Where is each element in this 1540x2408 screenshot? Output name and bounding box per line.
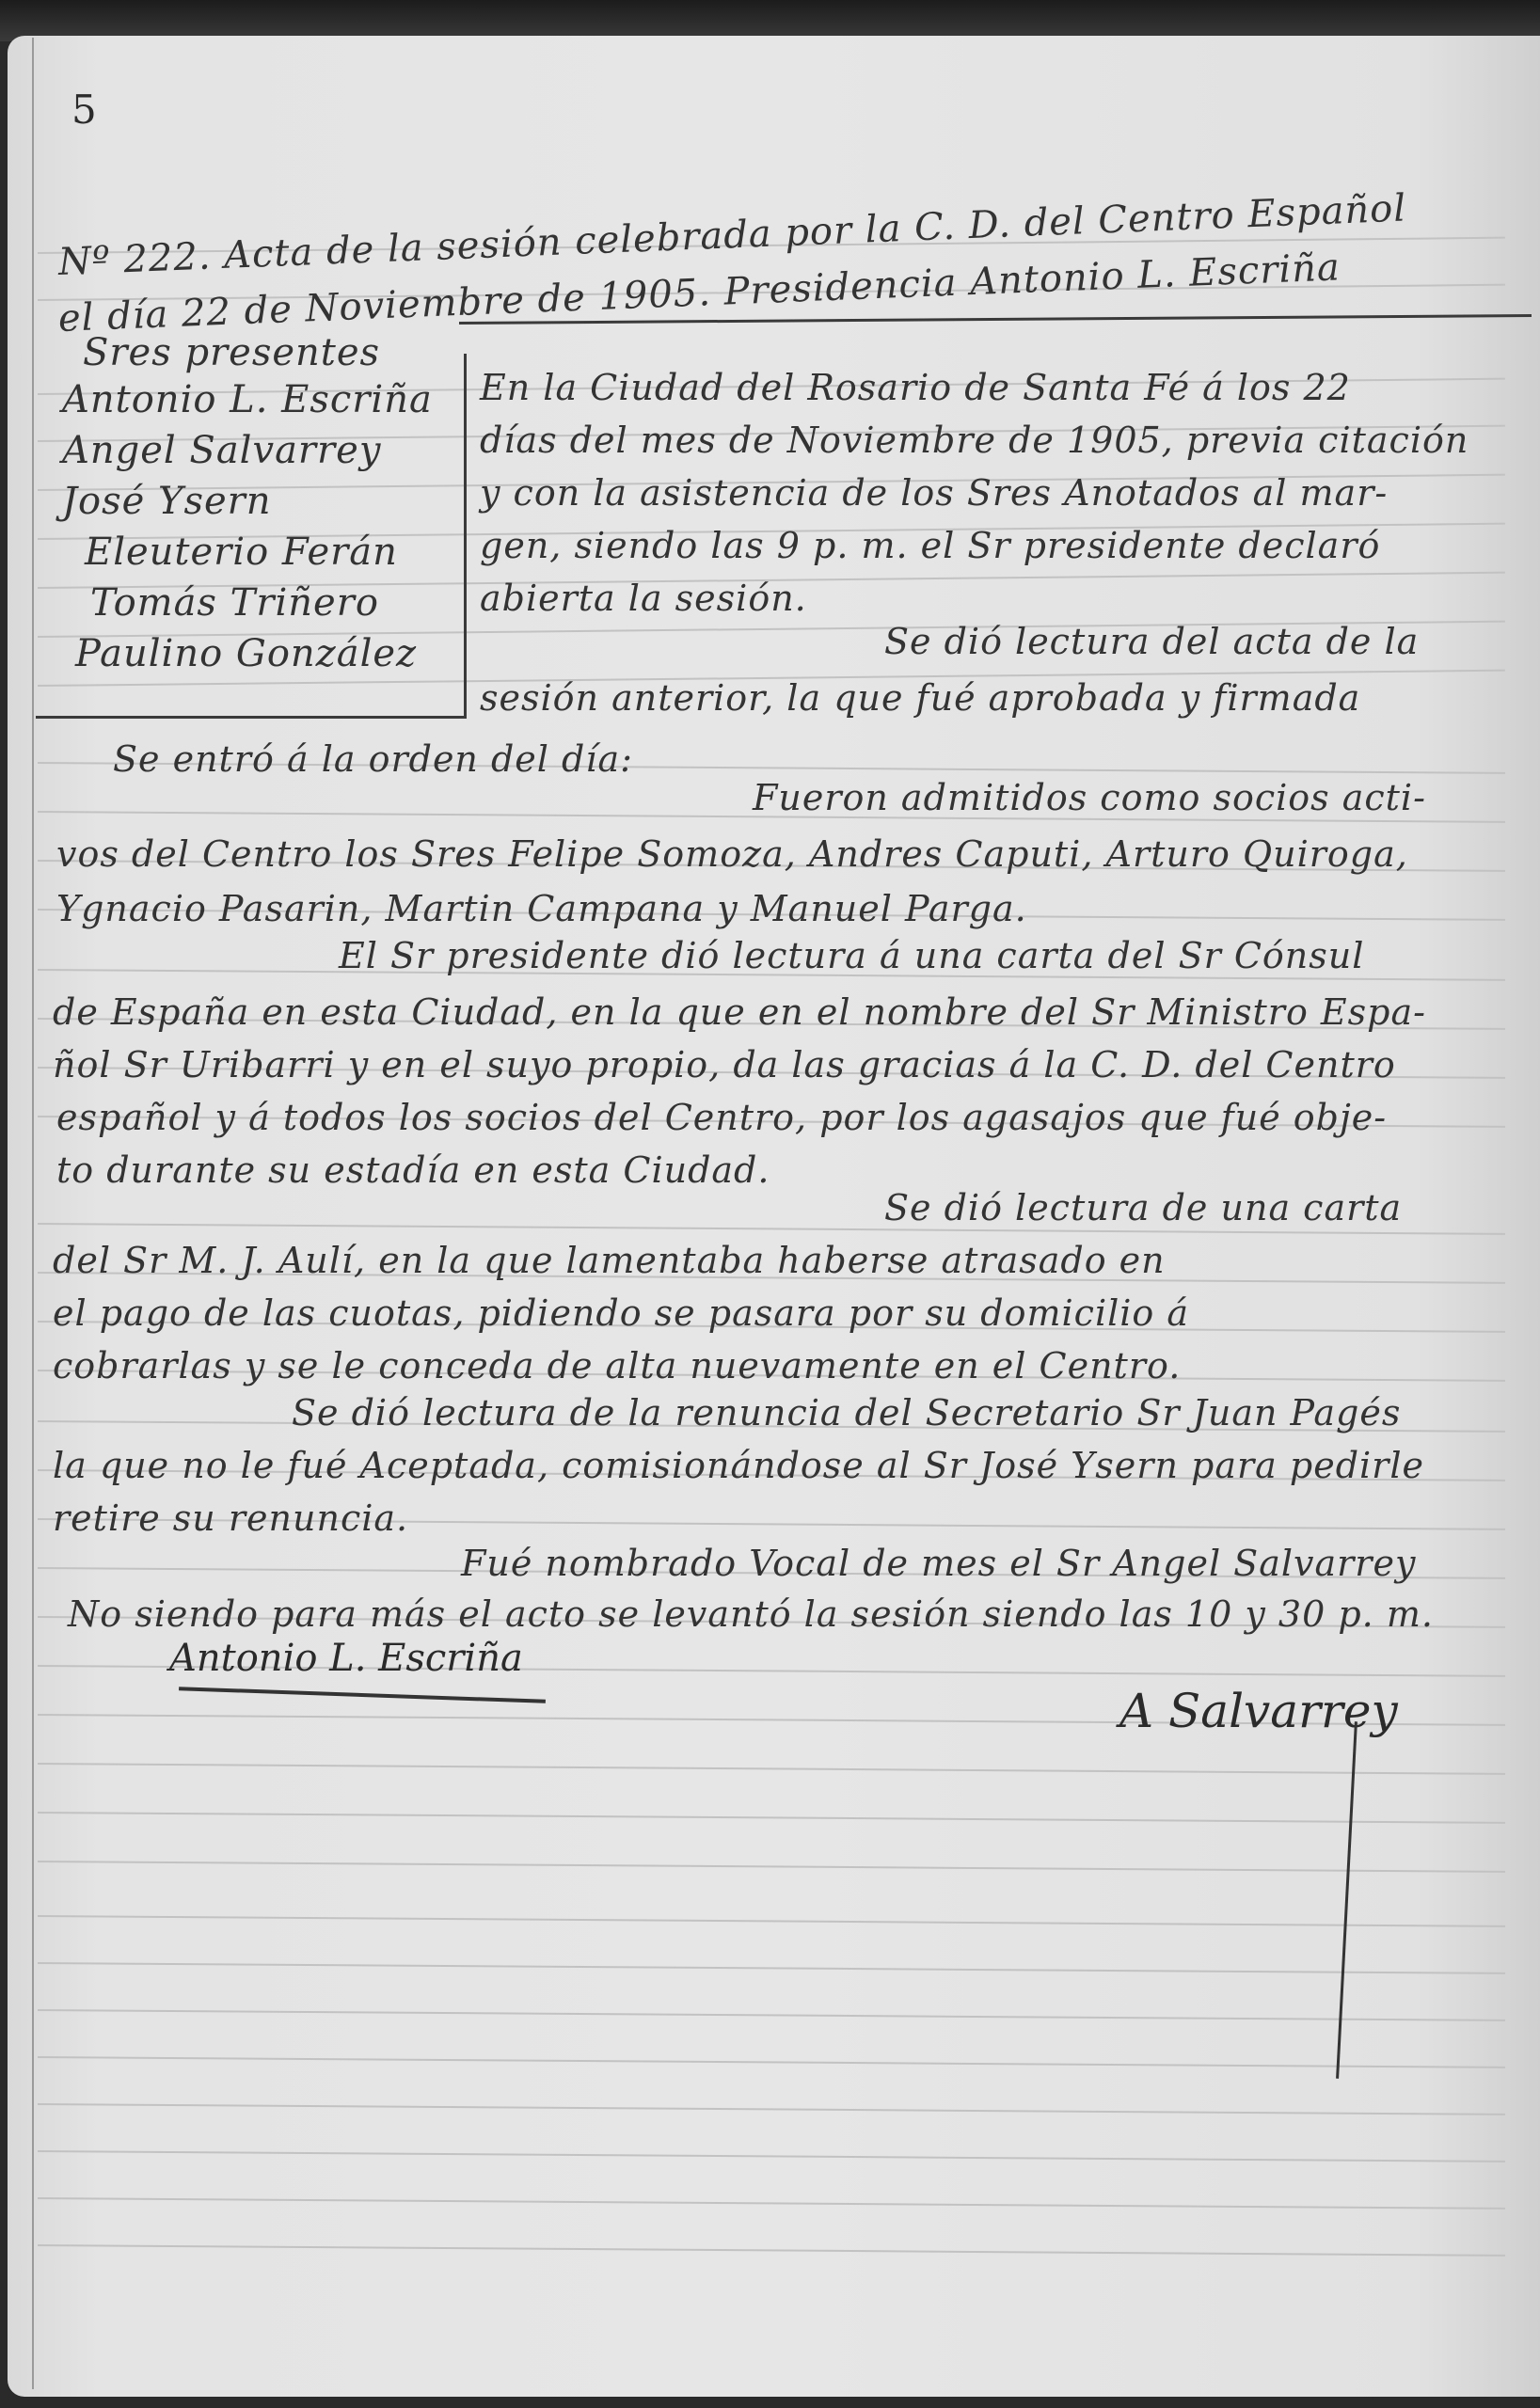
box-text-line: En la Ciudad del Rosario de Santa Fé á l… [480, 367, 1351, 408]
body-line: Se entró á la orden del día: [113, 738, 633, 780]
body-line: de España en esta Ciudad, en la que en e… [53, 991, 1426, 1033]
body-line: Ygnacio Pasarin, Martin Campana y Manuel… [56, 888, 1027, 929]
body-line: El Sr presidente dió lectura á una carta… [339, 935, 1364, 976]
body-line: Fué nombrado Vocal de mes el Sr Angel Sa… [461, 1543, 1416, 1584]
box-text-line: y con la asistencia de los Sres Anotados… [480, 472, 1388, 514]
body-line: español y á todos los socios del Centro,… [56, 1097, 1387, 1138]
attendee-name: Eleuterio Ferán [85, 531, 398, 574]
margin-line [32, 38, 34, 2389]
body-line: sesión anterior, la que fué aprobada y f… [480, 677, 1360, 719]
body-line: cobrarlas y se le conceda de alta nuevam… [53, 1345, 1181, 1386]
box-text-line: abierta la sesión. [480, 578, 807, 619]
body-line: la que no le fué Aceptada, comisionándos… [53, 1445, 1424, 1486]
attendee-name: Paulino González [75, 632, 417, 675]
attendee-name: José Ysern [62, 480, 272, 523]
body-line: Fueron admitidos como socios acti- [753, 777, 1426, 818]
body-line: ñol Sr Uribarri y en el suyo propio, da … [53, 1044, 1396, 1085]
body-line: del Sr M. J. Aulí, en la que lamentaba h… [53, 1240, 1166, 1281]
body-line: retire su renuncia. [53, 1497, 408, 1539]
box-text-line: días del mes de Noviembre de 1905, previ… [480, 420, 1469, 461]
attendees-heading: Sres presentes [83, 331, 380, 374]
attendee-name: Angel Salvarrey [62, 429, 381, 472]
box-text-line: Se dió lectura del acta de la [884, 621, 1419, 662]
page-number: 5 [71, 87, 97, 133]
body-line: el pago de las cuotas, pidiendo se pasar… [53, 1292, 1189, 1334]
signature-president: Antonio L. Escriña [169, 1637, 523, 1680]
body-line: Se dió lectura de la renuncia del Secret… [292, 1392, 1401, 1434]
attendee-name: Antonio L. Escriña [62, 378, 433, 421]
body-line: No siendo para más el acto se levantó la… [68, 1593, 1434, 1635]
body-line: to durante su estadía en esta Ciudad. [56, 1149, 770, 1191]
body-line: Se dió lectura de una carta [884, 1187, 1402, 1228]
box-text-line: gen, siendo las 9 p. m. el Sr presidente… [480, 525, 1380, 566]
body-line: vos del Centro los Sres Felipe Somoza, A… [56, 833, 1408, 875]
attendee-name: Tomás Triñero [90, 581, 379, 625]
